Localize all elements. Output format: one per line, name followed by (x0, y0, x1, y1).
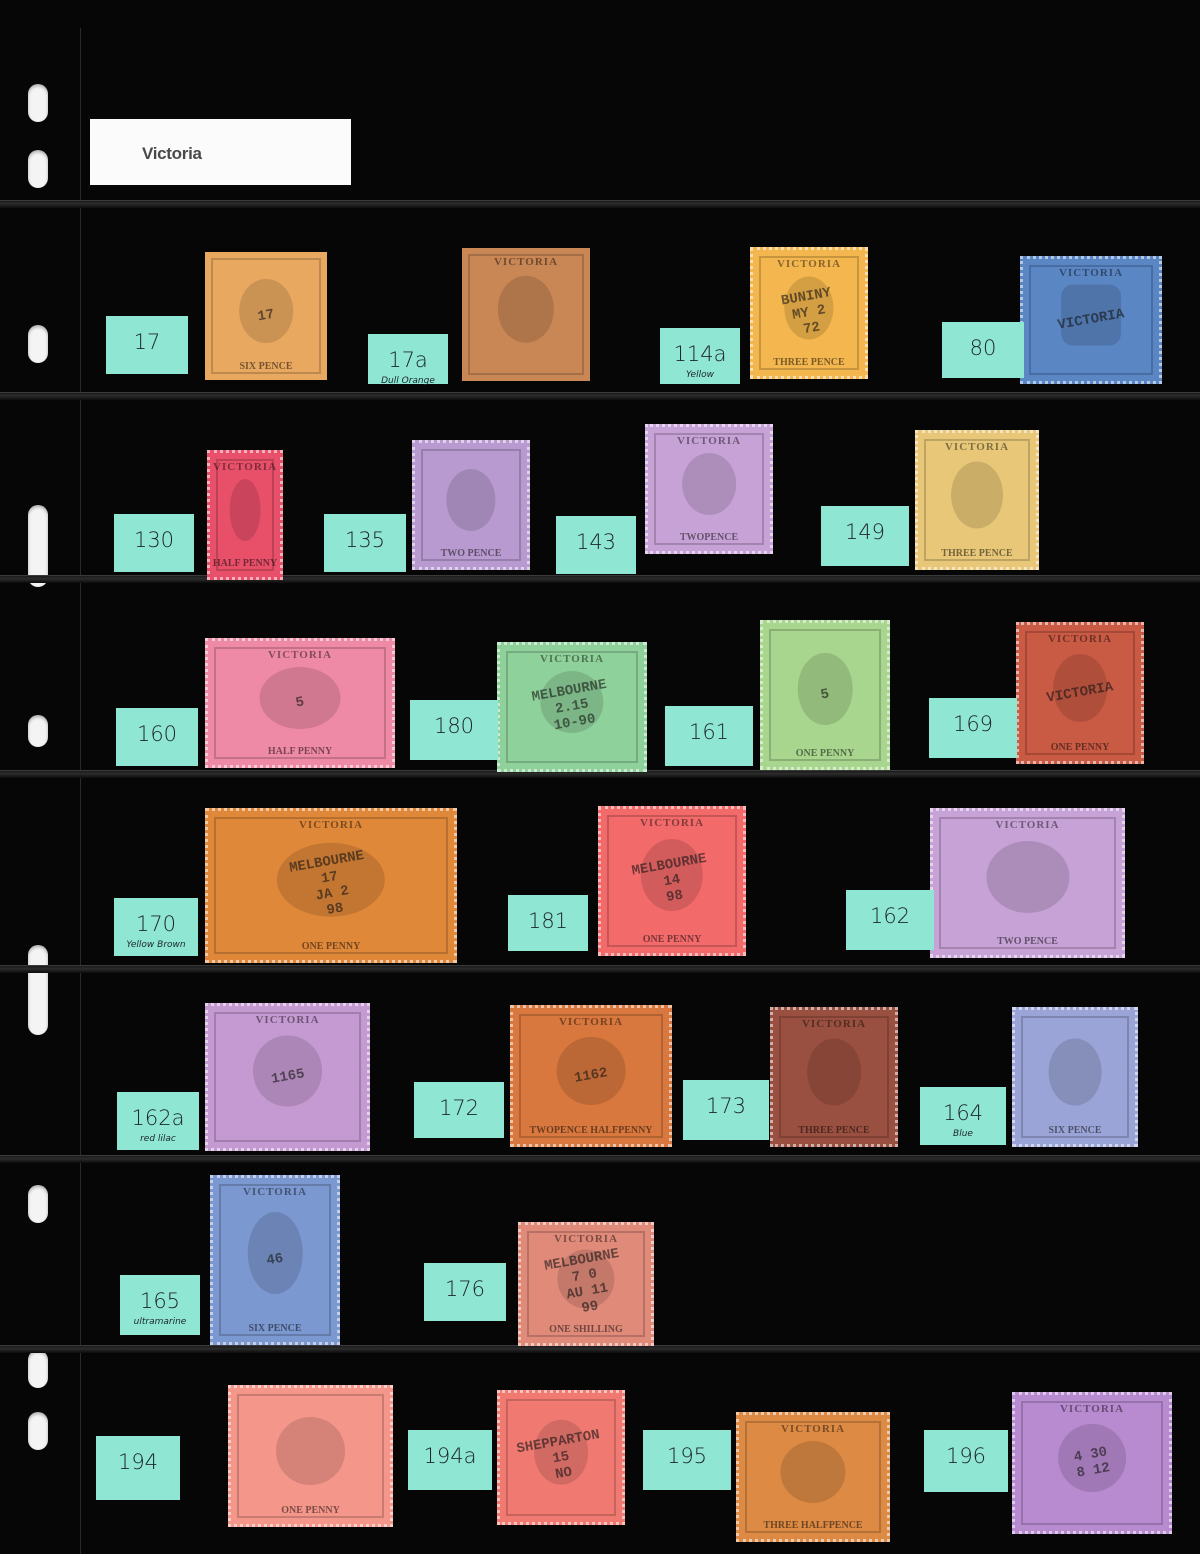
pocket-strip (0, 575, 1200, 583)
catalog-label: 17 (106, 316, 188, 374)
stamp: VICTORIA THREE HALFPENCE (736, 1412, 890, 1542)
stamp-inscription-bottom: ONE PENNY (763, 748, 887, 759)
stamp-inscription-bottom: SIX PENCE (205, 361, 327, 372)
stamp-inscription-top: VICTORIA (918, 441, 1036, 453)
stamp-inscription-top: VICTORIA (753, 258, 865, 270)
catalog-number: 176 (424, 1277, 506, 1301)
stamp-inscription-top: VICTORIA (500, 653, 644, 665)
stamp-inscription-top: VICTORIA (210, 461, 280, 473)
catalog-label: 170 Yellow Brown (114, 898, 198, 956)
postmark: 46 (265, 1251, 284, 1270)
stamp-inscription-top: VICTORIA (521, 1233, 651, 1245)
pocket-strip (0, 965, 1200, 973)
stamp-inscription-top: VICTORIA (462, 256, 590, 268)
stamp-inscription-top: VICTORIA (773, 1018, 895, 1030)
color-note: Dull Orange (368, 376, 448, 386)
stamp: VICTORIA THREE PENCE BUNINY MY 2 72 (750, 247, 868, 379)
stamp: VICTORIA HALF PENNY 5 (205, 638, 395, 768)
stamp: SIX PENCE 17 (205, 252, 327, 380)
catalog-label: 173 (683, 1080, 769, 1140)
catalog-label: 181 (508, 895, 588, 951)
stamp-inscription-top: VICTORIA (1023, 267, 1159, 279)
catalog-number: 196 (924, 1444, 1008, 1468)
queen-portrait-icon (230, 479, 261, 541)
binder-hole (28, 84, 48, 122)
pocket-strip (0, 1345, 1200, 1353)
page-margin-line (80, 28, 81, 1554)
stamp-inscription-top: VICTORIA (933, 819, 1122, 831)
stamp-inscription-bottom: THREE HALFPENCE (739, 1520, 887, 1531)
queen-portrait-icon (986, 841, 1069, 913)
catalog-number: 164 (920, 1101, 1006, 1125)
catalog-label: 130 (114, 514, 194, 572)
binder-hole (28, 1185, 48, 1223)
postmark: 17 (256, 307, 275, 326)
catalog-label: 169 (929, 698, 1017, 758)
catalog-number: 162 (846, 904, 934, 928)
catalog-label: 194a (408, 1430, 492, 1490)
stamp-inscription-bottom: SIX PENCE (213, 1323, 337, 1334)
stamp-inscription-bottom: HALF PENNY (210, 558, 280, 569)
stamp-inscription-bottom: TWOPENCE (648, 532, 770, 543)
catalog-label: 161 (665, 706, 753, 766)
catalog-number: 181 (508, 909, 588, 933)
stamp-inscription-bottom: TWO PENCE (415, 548, 527, 559)
stamp-inscription-bottom: HALF PENNY (208, 746, 392, 757)
stamp-inscription-top: VICTORIA (208, 649, 392, 661)
stamp: VICTORIA ONE SHILLING MELBOURNE 7 0 AU 1… (518, 1222, 654, 1346)
stamp-inscription-top: VICTORIA (208, 819, 454, 831)
catalog-number: 160 (116, 722, 198, 746)
catalog-label: 114a Yellow (660, 328, 740, 384)
pocket-strip (0, 1155, 1200, 1163)
color-note: Blue (920, 1129, 1006, 1139)
stamp-inscription-top: VICTORIA (739, 1423, 887, 1435)
stamp-inscription-bottom: ONE PENNY (231, 1505, 390, 1516)
catalog-number: 170 (114, 912, 198, 936)
catalog-number: 17 (106, 330, 188, 354)
stamp: VICTORIA 4 30 8 12 (1012, 1392, 1172, 1534)
catalog-number: 130 (114, 528, 194, 552)
stamp: SHEPPARTON 15 NO (497, 1390, 625, 1525)
binder-hole (28, 1350, 48, 1388)
catalog-label: 149 (821, 506, 909, 566)
pocket-strip (0, 200, 1200, 208)
color-note: ultramarine (120, 1317, 200, 1327)
stamp-inscription-bottom: ONE SHILLING (521, 1324, 651, 1335)
binder-hole (28, 715, 48, 747)
catalog-label: 160 (116, 708, 198, 766)
stamp: VICTORIA ONE PENNY VICTORIA (1016, 622, 1144, 764)
catalog-label: 17a Dull Orange (368, 334, 448, 384)
page-title: Victoria (142, 144, 202, 164)
catalog-number: 173 (683, 1094, 769, 1118)
stamp: SIX PENCE (1012, 1007, 1138, 1147)
stamp: VICTORIA 1165 (205, 1003, 370, 1151)
binder-hole (28, 150, 48, 188)
queen-portrait-icon (498, 276, 554, 343)
pocket-strip (0, 392, 1200, 400)
catalog-label: 176 (424, 1263, 506, 1321)
stamp: VICTORIA SIX PENCE 46 (210, 1175, 340, 1345)
stamp-inscription-top: VICTORIA (1015, 1403, 1169, 1415)
binder-hole (28, 325, 48, 363)
stamp: VICTORIA HALF PENNY (207, 450, 283, 580)
postmark: 4 30 8 12 (1073, 1444, 1112, 1481)
stamp: VICTORIA ONE PENNY MELBOURNE 17 JA 2 98 (205, 808, 457, 963)
stamp: ONE PENNY (228, 1385, 393, 1527)
stamp: VICTORIA THREE PENCE (770, 1007, 898, 1147)
binder-hole (28, 1412, 48, 1450)
stamp-inscription-top: VICTORIA (648, 435, 770, 447)
stamp: VICTORIA VICTORIA (1020, 256, 1162, 384)
catalog-number: 161 (665, 720, 753, 744)
stamp: VICTORIA MELBOURNE 2.15 10-90 (497, 642, 647, 772)
catalog-number: 17a (368, 348, 448, 372)
catalog-number: 162a (117, 1106, 199, 1130)
queen-portrait-icon (1049, 1038, 1102, 1105)
stamp-inscription-top: VICTORIA (601, 817, 743, 829)
catalog-label: 135 (324, 514, 406, 572)
catalog-label: 194 (96, 1436, 180, 1500)
binder-hole (28, 945, 48, 1035)
catalog-label: 143 (556, 516, 636, 574)
queen-portrait-icon (807, 1038, 861, 1105)
stamp: VICTORIA THREE PENCE (915, 430, 1039, 570)
queen-portrait-icon (951, 461, 1003, 528)
stamp: ONE PENNY 5 (760, 620, 890, 770)
catalog-label: 196 (924, 1430, 1008, 1492)
catalog-number: 114a (660, 342, 740, 366)
stamp-inscription-bottom: SIX PENCE (1015, 1125, 1135, 1136)
postmark: MELBOURNE 7 0 AU 11 99 (543, 1246, 629, 1322)
catalog-number: 172 (414, 1096, 504, 1120)
queen-portrait-icon (682, 453, 736, 515)
catalog-label: 172 (414, 1082, 504, 1138)
stamp-inscription-bottom: ONE PENNY (1019, 742, 1141, 753)
page-title-label: Victoria (90, 119, 351, 185)
stamp: VICTORIA TWO PENCE (930, 808, 1125, 958)
catalog-label: 164 Blue (920, 1087, 1006, 1145)
catalog-label: 165 ultramarine (120, 1275, 200, 1335)
stamp: TWO PENCE (412, 440, 530, 570)
color-note: Yellow Brown (114, 940, 198, 950)
stamp: VICTORIA TWOPENCE (645, 424, 773, 554)
color-note: red lilac (117, 1134, 199, 1144)
catalog-label: 180 (410, 700, 498, 760)
queen-portrait-icon (780, 1441, 845, 1503)
catalog-number: 180 (410, 714, 498, 738)
stamp-inscription-top: VICTORIA (1019, 633, 1141, 645)
queen-portrait-icon (446, 469, 495, 531)
stamp-inscription-bottom: THREE PENCE (773, 1125, 895, 1136)
stamp-inscription-top: VICTORIA (213, 1186, 337, 1198)
postmark: BUNINY MY 2 72 (780, 285, 838, 341)
catalog-label: 162 (846, 890, 934, 950)
stamp-album-page: Victoria SIX PENCE 1717 VICTORIA 17a Dul… (0, 0, 1200, 1554)
catalog-number: 194 (96, 1450, 180, 1474)
stamp: VICTORIA (462, 248, 590, 381)
catalog-number: 165 (120, 1289, 200, 1313)
catalog-label: 195 (643, 1430, 731, 1490)
catalog-number: 80 (942, 336, 1024, 360)
stamp-inscription-bottom: TWO PENCE (933, 936, 1122, 947)
stamp-inscription-bottom: THREE PENCE (753, 357, 865, 368)
catalog-label: 162a red lilac (117, 1092, 199, 1150)
color-note: Yellow (660, 370, 740, 380)
stamp-inscription-bottom: TWOPENCE HALFPENNY (513, 1125, 669, 1136)
stamp-inscription-bottom: ONE PENNY (601, 934, 743, 945)
stamp-inscription-bottom: THREE PENCE (918, 548, 1036, 559)
stamp: VICTORIA ONE PENNY MELBOURNE 14 98 (598, 806, 746, 956)
stamp-inscription-bottom: ONE PENNY (208, 941, 454, 952)
stamp-inscription-top: VICTORIA (513, 1016, 669, 1028)
catalog-number: 135 (324, 528, 406, 552)
catalog-number: 169 (929, 712, 1017, 736)
catalog-label: 80 (942, 322, 1024, 378)
catalog-number: 149 (821, 520, 909, 544)
stamp: VICTORIA TWOPENCE HALFPENNY 1162 (510, 1005, 672, 1147)
catalog-number: 195 (643, 1444, 731, 1468)
catalog-number: 194a (408, 1444, 492, 1468)
postmark: MELBOURNE 17 JA 2 98 (288, 847, 374, 923)
queen-portrait-icon (276, 1417, 346, 1485)
stamp-inscription-top: VICTORIA (208, 1014, 367, 1026)
catalog-number: 143 (556, 530, 636, 554)
